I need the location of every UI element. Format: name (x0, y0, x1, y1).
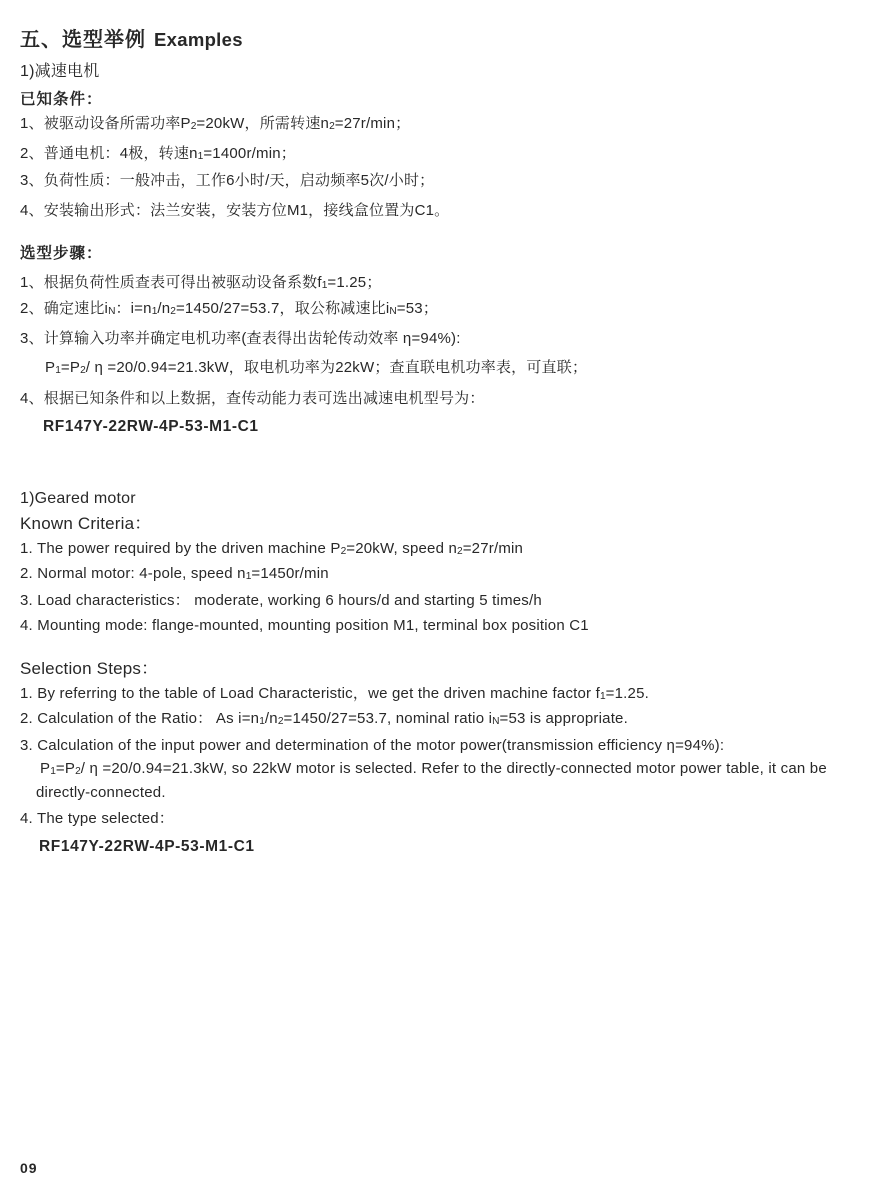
page-title: 五、选型举例Examples (20, 28, 243, 53)
zh-known-heading: 已知条件： (20, 90, 103, 109)
subscript: 1 (322, 280, 328, 291)
en-step-1: 1. By referring to the table of Load Cha… (20, 685, 649, 704)
page-title-en: Examples (154, 29, 243, 50)
en-known-heading: Known Criteria： (20, 513, 152, 534)
subscript: 2 (278, 716, 284, 727)
subscript: 2 (457, 546, 463, 557)
subscript: 2 (80, 365, 86, 376)
subscript: 2 (341, 546, 347, 557)
zh-known-item-1: 1、被驱动设备所需功率P2=20kW，所需转速n2=27r/min； (20, 115, 410, 134)
en-step-3: 3. Calculation of the input power and de… (20, 737, 724, 756)
subscript: 1 (152, 306, 158, 317)
en-known-item-3: 3. Load characteristics： moderate, worki… (20, 592, 542, 611)
en-step-2: 2. Calculation of the Ratio： As i=n1/n2=… (20, 710, 628, 729)
zh-known-item-3: 3、负荷性质：一般冲击，工作6小时/天，启动频率5次/小时； (20, 172, 434, 191)
subscript: 1 (600, 691, 606, 702)
subscript: N (492, 716, 499, 727)
subscript: 1 (50, 766, 56, 777)
zh-step-3: 3、计算输入功率并确定电机功率(查表得出齿轮传动效率 η=94%): (20, 330, 461, 349)
en-section-title: 1)Geared motor (20, 489, 136, 509)
subscript: 1 (55, 365, 61, 376)
subscript: 1 (259, 716, 265, 727)
zh-known-item-4: 4、安装输出形式：法兰安装，安装方位M1，接线盒位置为C1。 (20, 202, 449, 221)
en-known-item-1: 1. The power required by the driven mach… (20, 540, 523, 559)
page-number: 09 (20, 1160, 38, 1178)
subscript: 2 (191, 121, 197, 132)
subscript: N (108, 306, 115, 317)
zh-step-1: 1、根据负荷性质查表可得出被驱动设备系数f1=1.25； (20, 274, 382, 293)
en-step-3-formula: P1=P2/ η =20/0.94=21.3kW, so 22kW motor … (40, 760, 827, 779)
en-step-4: 4. The type selected： (20, 810, 174, 829)
document-page: 五、选型举例Examples 1)减速电机 已知条件： 1、被驱动设备所需功率P… (0, 0, 888, 1191)
subscript: 2 (170, 306, 176, 317)
zh-selected-model: RF147Y-22RW-4P-53-M1-C1 (43, 417, 259, 436)
zh-step-3-formula: P1=P2/ η =20/0.94=21.3kW，取电机功率为22kW；查直联电… (45, 359, 587, 378)
en-steps-heading: Selection Steps： (20, 658, 158, 679)
en-known-item-2: 2. Normal motor: 4-pole, speed n1=1450r/… (20, 565, 329, 584)
subscript: N (389, 306, 396, 317)
zh-step-4: 4、根据已知条件和以上数据，查传动能力表可选出减速电机型号为： (20, 390, 485, 409)
zh-step-2: 2、确定速比iN：i=n1/n2=1450/27=53.7，取公称减速比iN=5… (20, 300, 438, 319)
page-title-zh: 五、选型举例 (20, 29, 146, 51)
zh-known-item-2: 2、普通电机：4极，转速n1=1400r/min； (20, 145, 296, 164)
zh-steps-heading: 选型步骤： (20, 244, 103, 263)
subscript: 2 (329, 121, 335, 132)
subscript: 1 (198, 151, 204, 162)
subscript: 1 (246, 571, 252, 582)
en-selected-model: RF147Y-22RW-4P-53-M1-C1 (39, 837, 255, 856)
zh-section-title: 1)减速电机 (20, 62, 99, 82)
subscript: 2 (75, 766, 81, 777)
en-step-3-continuation: directly-connected. (36, 784, 166, 803)
en-known-item-4: 4. Mounting mode: flange-mounted, mounti… (20, 617, 589, 636)
